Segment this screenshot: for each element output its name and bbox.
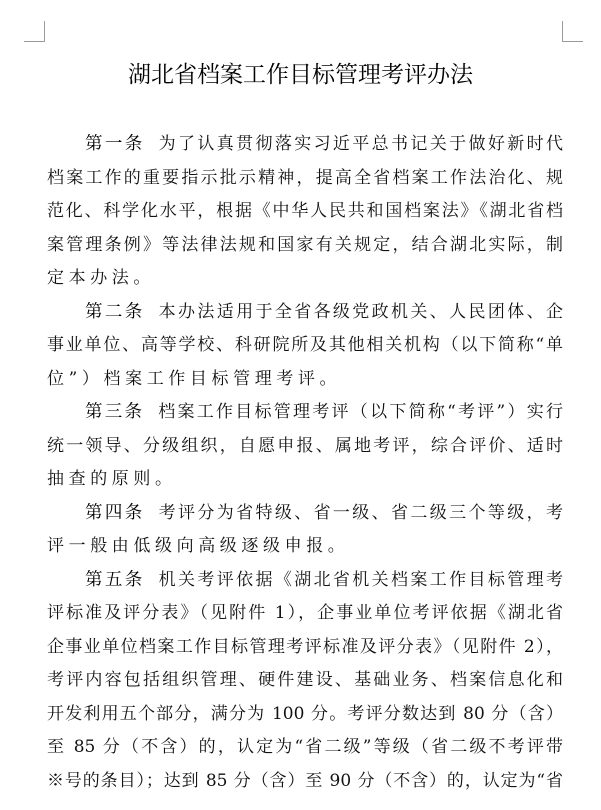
article-line: 评标准及评分表》（见附件 1），企事业单位考评依据《湖北省 [47,597,563,631]
article-line: ※号的条目）；达到 85 分（含）至 90 分（不含）的，认定为“省 [47,765,563,799]
document-title: 湖北省档案工作目标管理考评办法 [0,58,601,92]
article-line: 案管理条例》等法律法规和国家有关规定，结合湖北实际，制 [47,229,563,263]
article-4: 第四条考评分为省特级、省一级、省二级三个等级，考 评一般由低级向高级逐级申报。 [47,497,563,564]
article-line: 统一领导、分级组织，自愿申报、属地考评，综合评价、适时 [47,430,563,464]
page-corner-mark-top-right [562,21,583,42]
article-line: 范化、科学化水平，根据《中华人民共和国档案法》《湖北省档 [47,195,563,229]
article-line: 第三条档案工作目标管理考评（以下简称“考评”）实行 [47,396,563,430]
article-1: 第一条为了认真贯彻落实习近平总书记关于做好新时代 档案工作的重要指示批示精神，提… [47,128,563,296]
article-heading: 第四条 [85,503,145,523]
article-line: 位”）档案工作目标管理考评。 [47,363,563,397]
article-line: 企事业单位档案工作目标管理考评标准及评分表》（见附件 2）， [47,631,563,665]
article-line: 评一般由低级向高级逐级申报。 [47,530,563,564]
article-line: 开发利用五个部分，满分为 100 分。考评分数达到 80 分（含） [47,698,563,732]
article-heading: 第三条 [85,402,144,422]
article-line: 第四条考评分为省特级、省一级、省二级三个等级，考 [47,497,563,531]
article-line: 第二条本办法适用于全省各级党政机关、人民团体、企 [47,296,563,330]
article-line: 事业单位、高等学校、科研院所及其他相关机构（以下简称“单 [47,329,563,363]
article-line: 抽查的原则。 [47,463,563,497]
article-line: 考评内容包括组织管理、硬件建设、基础业务、档案信息化和 [47,664,563,698]
article-line: 至 85 分（不含）的，认定为“省二级”等级（省二级不考评带 [47,731,563,765]
article-heading: 第一条 [85,134,145,154]
article-heading: 第五条 [85,570,145,590]
article-line: 定本办法。 [47,262,563,296]
article-line: 档案工作的重要指示批示精神，提高全省档案工作法治化、规 [47,162,563,196]
article-heading: 第二条 [85,302,145,322]
page-corner-mark-top-left [24,21,45,42]
article-5: 第五条机关考评依据《湖北省机关档案工作目标管理考 评标准及评分表》（见附件 1）… [47,564,563,799]
article-2: 第二条本办法适用于全省各级党政机关、人民团体、企 事业单位、高等学校、科研院所及… [47,296,563,397]
article-line: 第一条为了认真贯彻落实习近平总书记关于做好新时代 [47,128,563,162]
document-body: 第一条为了认真贯彻落实习近平总书记关于做好新时代 档案工作的重要指示批示精神，提… [47,128,563,798]
article-line: 第五条机关考评依据《湖北省机关档案工作目标管理考 [47,564,563,598]
article-3: 第三条档案工作目标管理考评（以下简称“考评”）实行 统一领导、分级组织，自愿申报… [47,396,563,497]
